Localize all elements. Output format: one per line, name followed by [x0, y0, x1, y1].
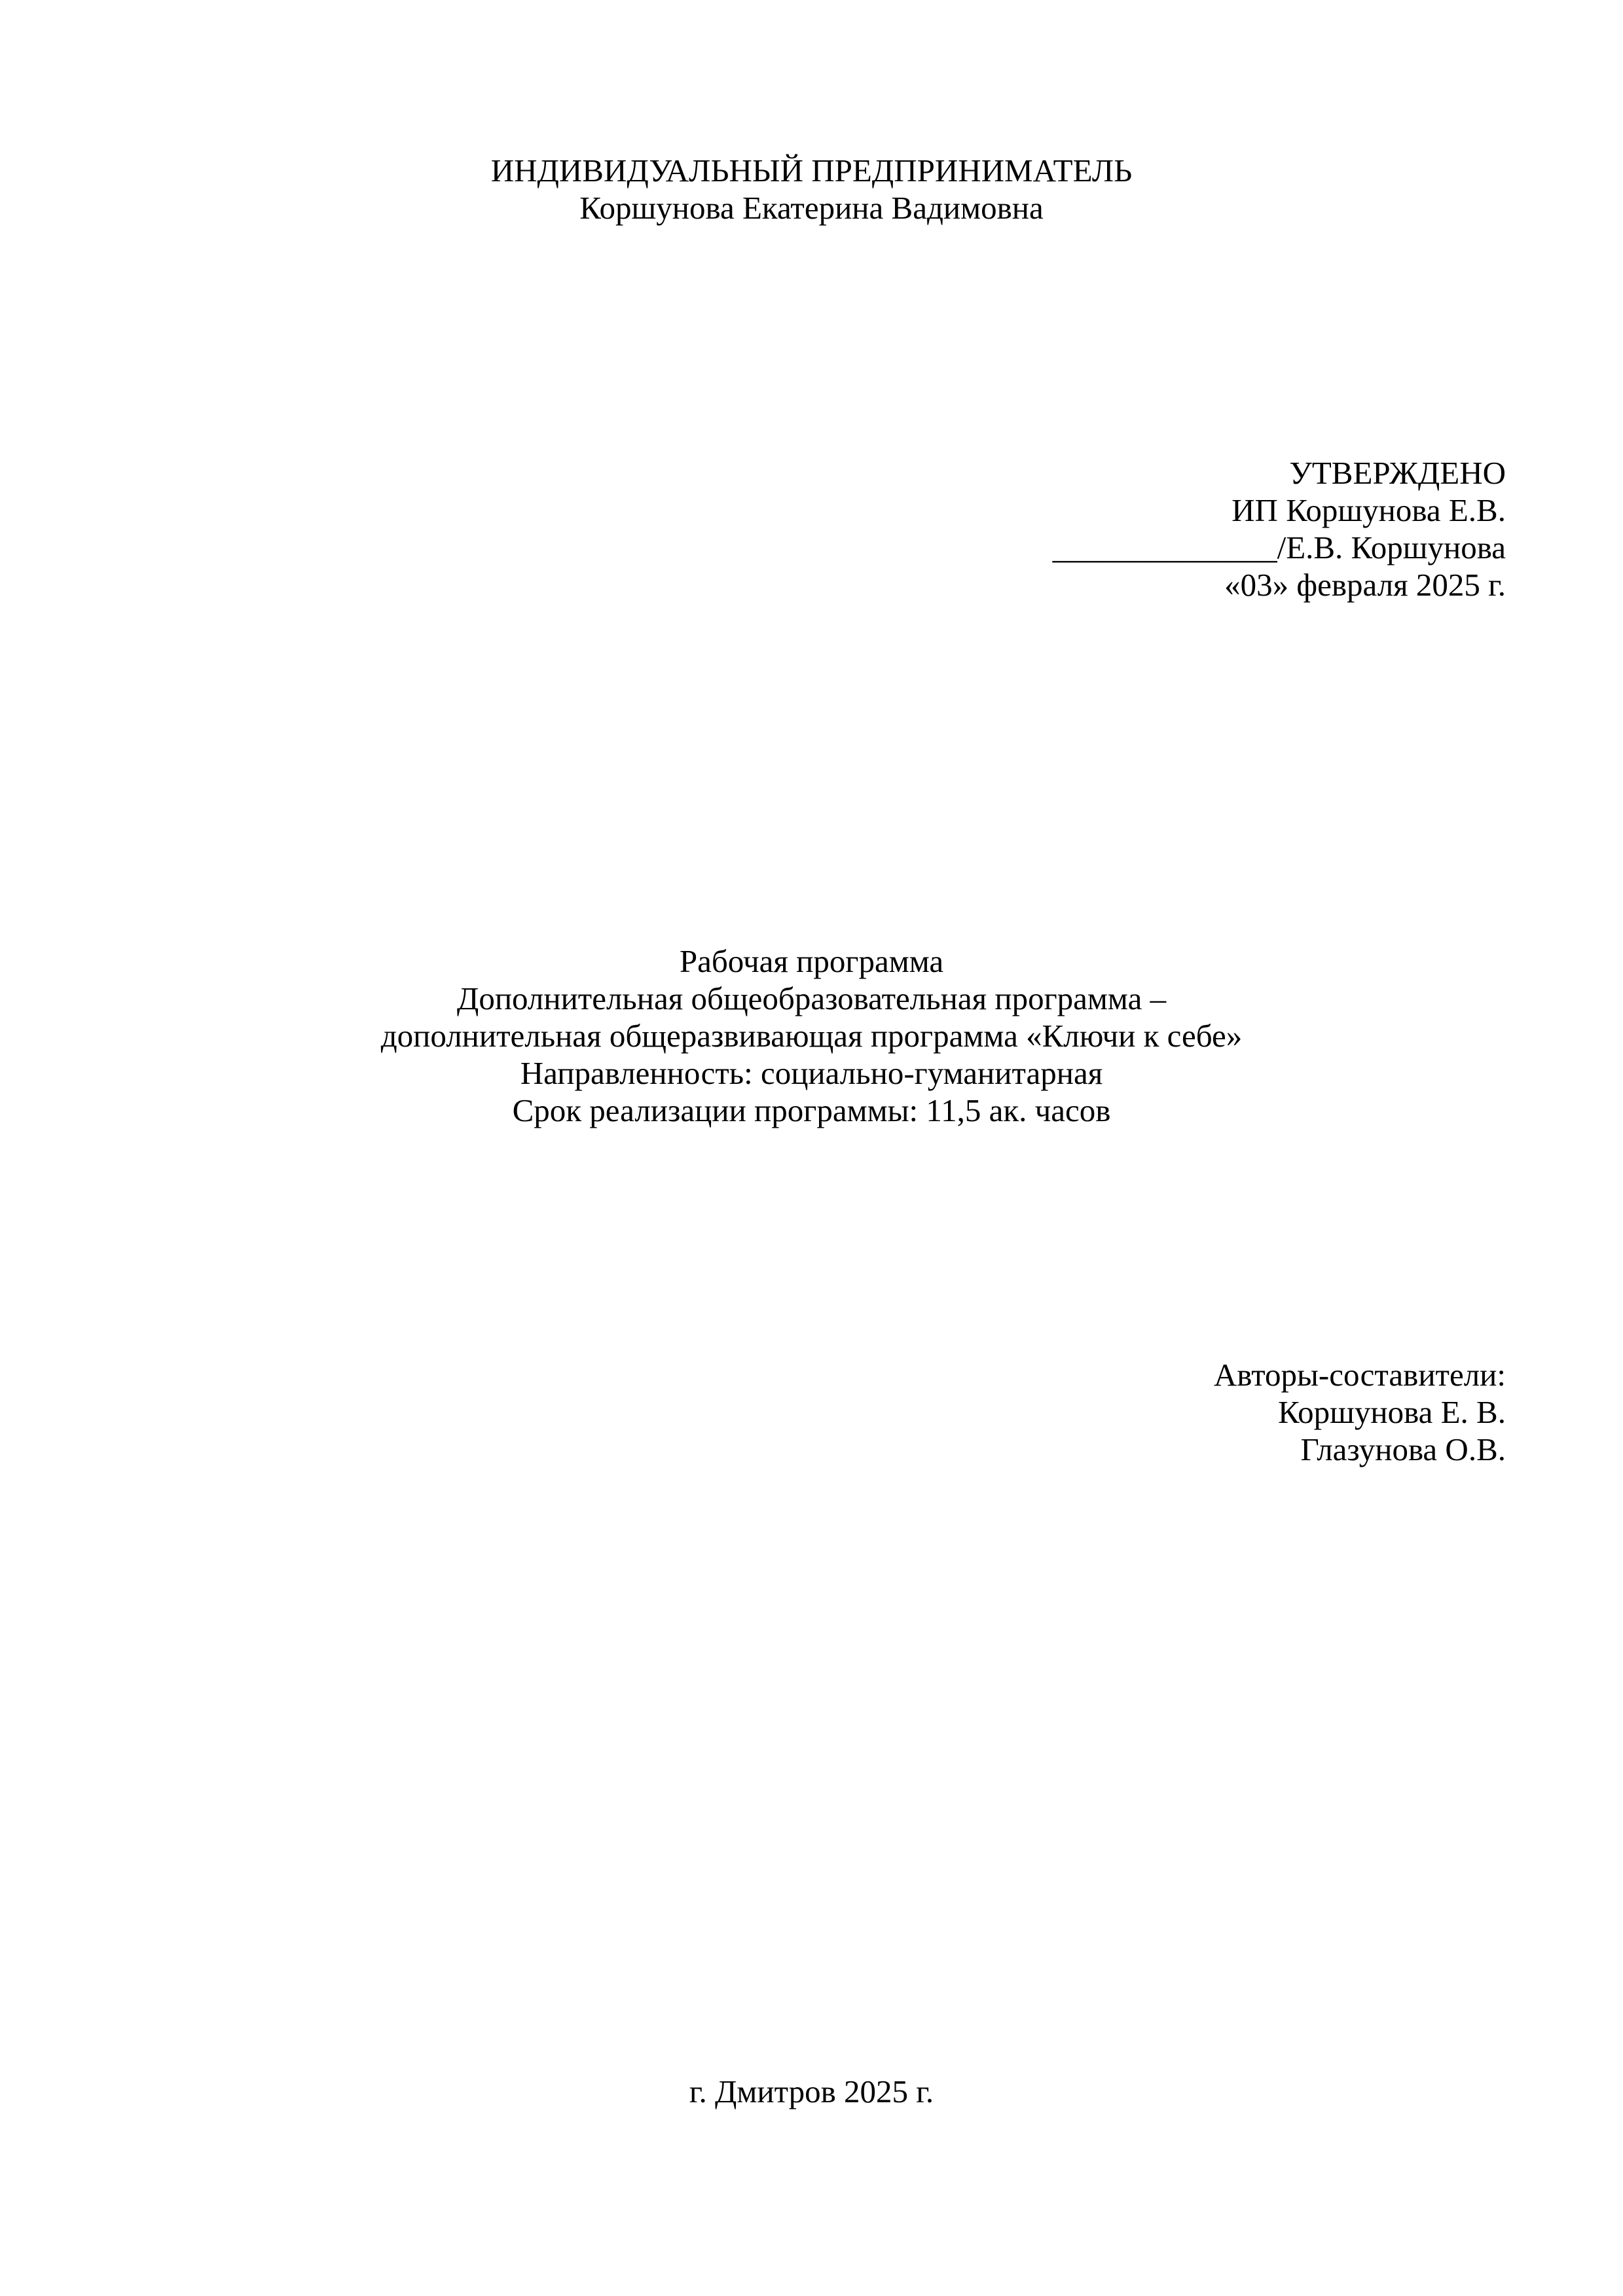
- approval-date: «03» февраля 2025 г.: [1053, 566, 1506, 603]
- organization-type: ИНДИВИДУАЛЬНЫЙ ПРЕДПРИНИМАТЕЛЬ: [0, 152, 1623, 189]
- author-name: Коршунова Е. В.: [1214, 1393, 1506, 1431]
- approval-heading: УТВЕРЖДЕНО: [1053, 454, 1506, 492]
- document-page: ИНДИВИДУАЛЬНЫЙ ПРЕДПРИНИМАТЕЛЬ Коршунова…: [0, 0, 1623, 2296]
- program-direction: Направленность: социально-гуманитарная: [0, 1054, 1623, 1092]
- organization-header: ИНДИВИДУАЛЬНЫЙ ПРЕДПРИНИМАТЕЛЬ Коршунова…: [0, 152, 1623, 226]
- program-title: Рабочая программа: [0, 942, 1623, 980]
- authors-label: Авторы-составители:: [1214, 1356, 1506, 1393]
- signature-line: ______________/Е.В. Коршунова: [1053, 529, 1506, 566]
- place-year-footer: г. Дмитров 2025 г.: [0, 2073, 1623, 2110]
- program-title-block: Рабочая программа Дополнительная общеобр…: [0, 942, 1623, 1129]
- author-name: Глазунова О.В.: [1214, 1431, 1506, 1468]
- approval-block: УТВЕРЖДЕНО ИП Коршунова Е.В. ___________…: [1053, 454, 1506, 603]
- program-subtitle-2: дополнительная общеразвивающая программа…: [0, 1017, 1623, 1054]
- approver-name: ИП Коршунова Е.В.: [1053, 492, 1506, 529]
- program-duration: Срок реализации программы: 11,5 ак. часо…: [0, 1092, 1623, 1129]
- program-subtitle-1: Дополнительная общеобразовательная прогр…: [0, 980, 1623, 1017]
- authors-block: Авторы-составители: Коршунова Е. В. Глаз…: [1214, 1356, 1506, 1468]
- organization-name: Коршунова Екатерина Вадимовна: [0, 189, 1623, 226]
- place-year: г. Дмитров 2025 г.: [0, 2073, 1623, 2110]
